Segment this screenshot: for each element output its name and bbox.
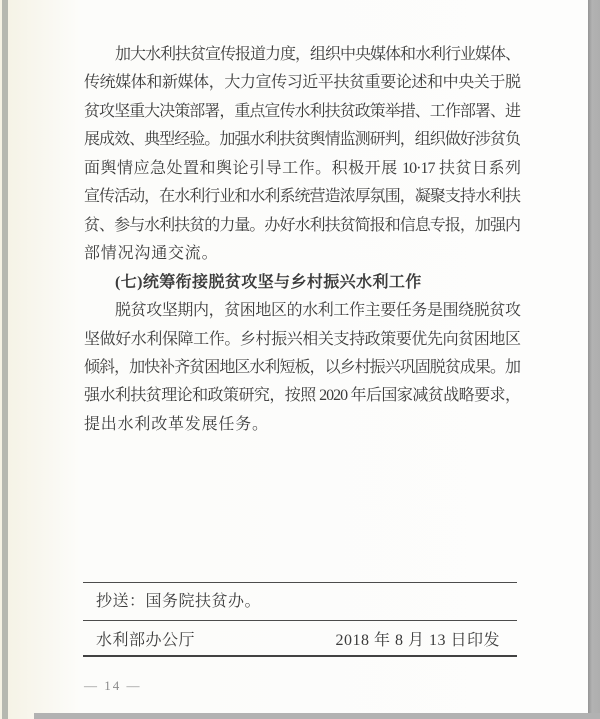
scanned-document-page: 加大水利扶贫宣传报道力度，组织中央媒体和水利行业媒体、 传统媒体和新媒体，大力宣… [0, 0, 600, 719]
paragraph2-line: 强水利扶贫理论和政策研究，按照 2020 年后国家减贫战略要求， [84, 382, 520, 410]
paragraph2-line: 倾斜，加快补齐贫困地区水利短板，以乡村振兴巩固脱贫成果。加 [84, 354, 520, 382]
paragraph1-line: 贫攻坚重大决策部署，重点宣传水利扶贫政策举措、工作部署、进 [84, 98, 520, 126]
cc-line: 抄送：国务院扶贫办。 [83, 583, 517, 620]
paragraph1-line: 面舆情应急处置和舆论引导工作。积极开展 10·17 扶贫日系列 [84, 155, 520, 183]
section-heading: (七)统筹衔接脱贫攻坚与乡村振兴水利工作 [84, 269, 520, 297]
scan-edge-left [2, 0, 8, 719]
paragraph1-line: 贫、参与水利扶贫的力量。办好水利扶贫简报和信息专报，加强内 [84, 212, 520, 240]
scan-edge-right [588, 0, 600, 719]
paragraph1-line: 加大水利扶贫宣传报道力度，组织中央媒体和水利行业媒体、 [84, 41, 520, 69]
footer-rule-bottom [83, 655, 517, 657]
paragraph1-line: 展成效、典型经验。加强水利扶贫舆情监测研判，组织做好涉贫负 [84, 126, 520, 154]
page-number: — 14 — [84, 678, 142, 694]
document-footer: 抄送：国务院扶贫办。 水利部办公厅 2018 年 8 月 13 日印发 [83, 582, 517, 657]
issuing-office: 水利部办公厅 [96, 627, 195, 650]
paragraph2-line: 坚做好水利保障工作。乡村振兴相关支持政策要优先向贫困地区 [84, 326, 520, 354]
paragraph2-line: 脱贫攻坚期内，贫困地区的水利工作主要任务是围绕脱贫攻 [84, 297, 520, 325]
paragraph1-line: 宣传活动，在水利行业和水利系统营造浓厚氛围，凝聚支持水利扶 [84, 183, 520, 211]
paragraph1-line: 部情况沟通交流。 [84, 240, 520, 268]
paragraph2-line: 提出水利改革发展任务。 [84, 411, 520, 439]
paragraph1-line: 传统媒体和新媒体，大力宣传习近平扶贫重要论述和中央关于脱 [84, 69, 520, 97]
scan-edge-bottom [34, 713, 600, 719]
document-body: 加大水利扶贫宣传报道力度，组织中央媒体和水利行业媒体、 传统媒体和新媒体，大力宣… [84, 41, 520, 439]
issue-row: 水利部办公厅 2018 年 8 月 13 日印发 [83, 621, 517, 655]
print-date: 2018 年 8 月 13 日印发 [335, 627, 500, 650]
